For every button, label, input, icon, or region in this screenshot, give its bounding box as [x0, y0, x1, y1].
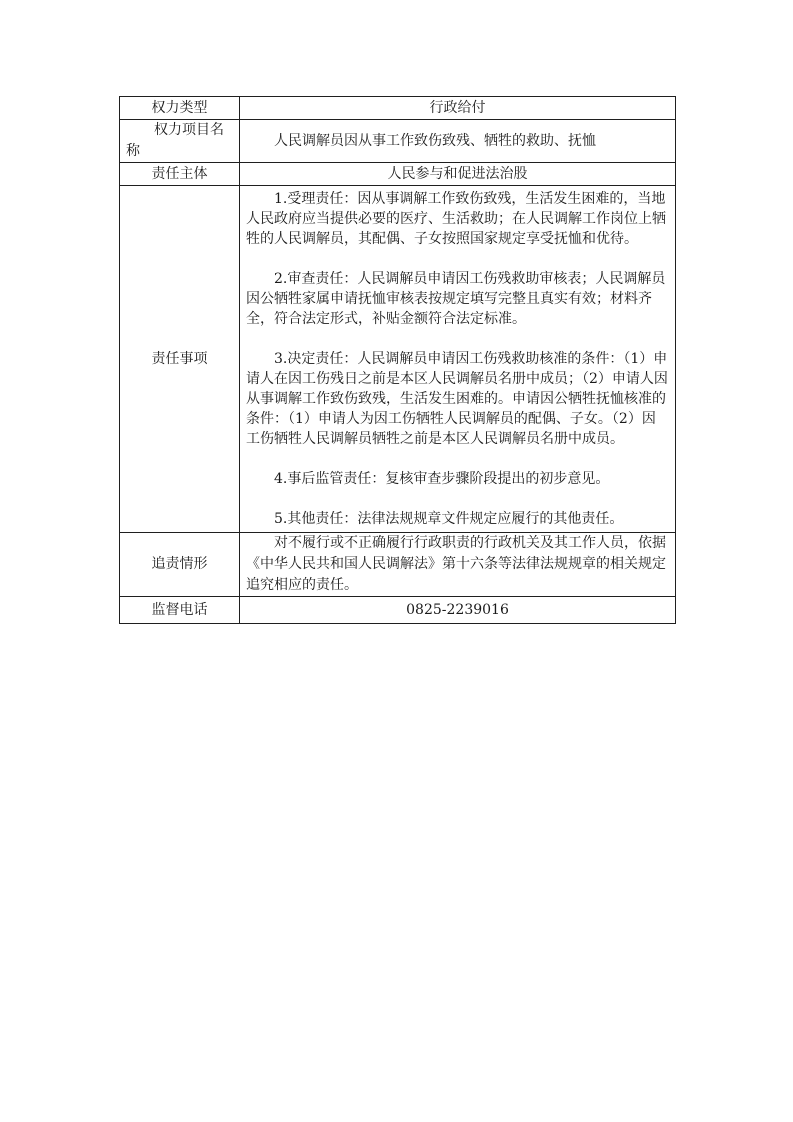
responsibility-paragraph-supervision: 4.事后监管责任：复核审查步骤阶段提出的初步意见。: [246, 469, 669, 489]
document-page: 权力类型 行政给付 权力项目名称 人民调解员因从事工作致伤致残、牺牲的救助、抚恤…: [0, 0, 793, 1122]
table-row-responsibility-items: 责任事项 1.受理责任：因从事调解工作致伤致残，生活发生困难的，当地人民政府应当…: [120, 186, 676, 533]
table-row-power-type: 权力类型 行政给付: [120, 97, 676, 120]
row-value-accountability: 对不履行或不正确履行行政职责的行政机关及其工作人员，依据《中华人民共和国人民调解…: [240, 533, 676, 597]
row-value-power-item-name: 人民调解员因从事工作致伤致残、牺牲的救助、抚恤: [240, 120, 676, 163]
row-label-power-item-name: 权力项目名称: [120, 120, 240, 163]
responsibility-paragraph-review: 2.审查责任：人民调解员申请因工伤残救助审核表；人民调解员因公牺牲家属申请抚恤审…: [246, 269, 669, 329]
table-row-accountability: 追责情形 对不履行或不正确履行行政职责的行政机关及其工作人员，依据《中华人民共和…: [120, 533, 676, 597]
row-value-responsibility-items: 1.受理责任：因从事调解工作致伤致残，生活发生困难的，当地人民政府应当提供必要的…: [240, 186, 676, 533]
row-label-responsible-body: 责任主体: [120, 163, 240, 186]
table-row-responsible-body: 责任主体 人民参与和促进法治股: [120, 163, 676, 186]
table-row-supervision-phone: 监督电话 0825-2239016: [120, 597, 676, 624]
row-value-responsible-body: 人民参与和促进法治股: [240, 163, 676, 186]
responsibility-paragraph-acceptance: 1.受理责任：因从事调解工作致伤致残，生活发生困难的，当地人民政府应当提供必要的…: [246, 189, 669, 249]
row-label-power-type: 权力类型: [120, 97, 240, 120]
row-label-supervision-phone: 监督电话: [120, 597, 240, 624]
table-row-power-item-name: 权力项目名称 人民调解员因从事工作致伤致残、牺牲的救助、抚恤: [120, 120, 676, 163]
row-label-responsibility-items: 责任事项: [120, 186, 240, 533]
responsibility-paragraph-decision: 3.决定责任：人民调解员申请因工伤残救助核准的条件：（1）申请人在因工伤残日之前…: [246, 349, 669, 449]
responsibility-paragraph-other: 5.其他责任：法律法规规章文件规定应履行的其他责任。: [246, 509, 669, 529]
power-responsibility-table: 权力类型 行政给付 权力项目名称 人民调解员因从事工作致伤致残、牺牲的救助、抚恤…: [119, 96, 676, 624]
row-label-accountability: 追责情形: [120, 533, 240, 597]
row-value-power-type: 行政给付: [240, 97, 676, 120]
row-value-supervision-phone: 0825-2239016: [240, 597, 676, 624]
